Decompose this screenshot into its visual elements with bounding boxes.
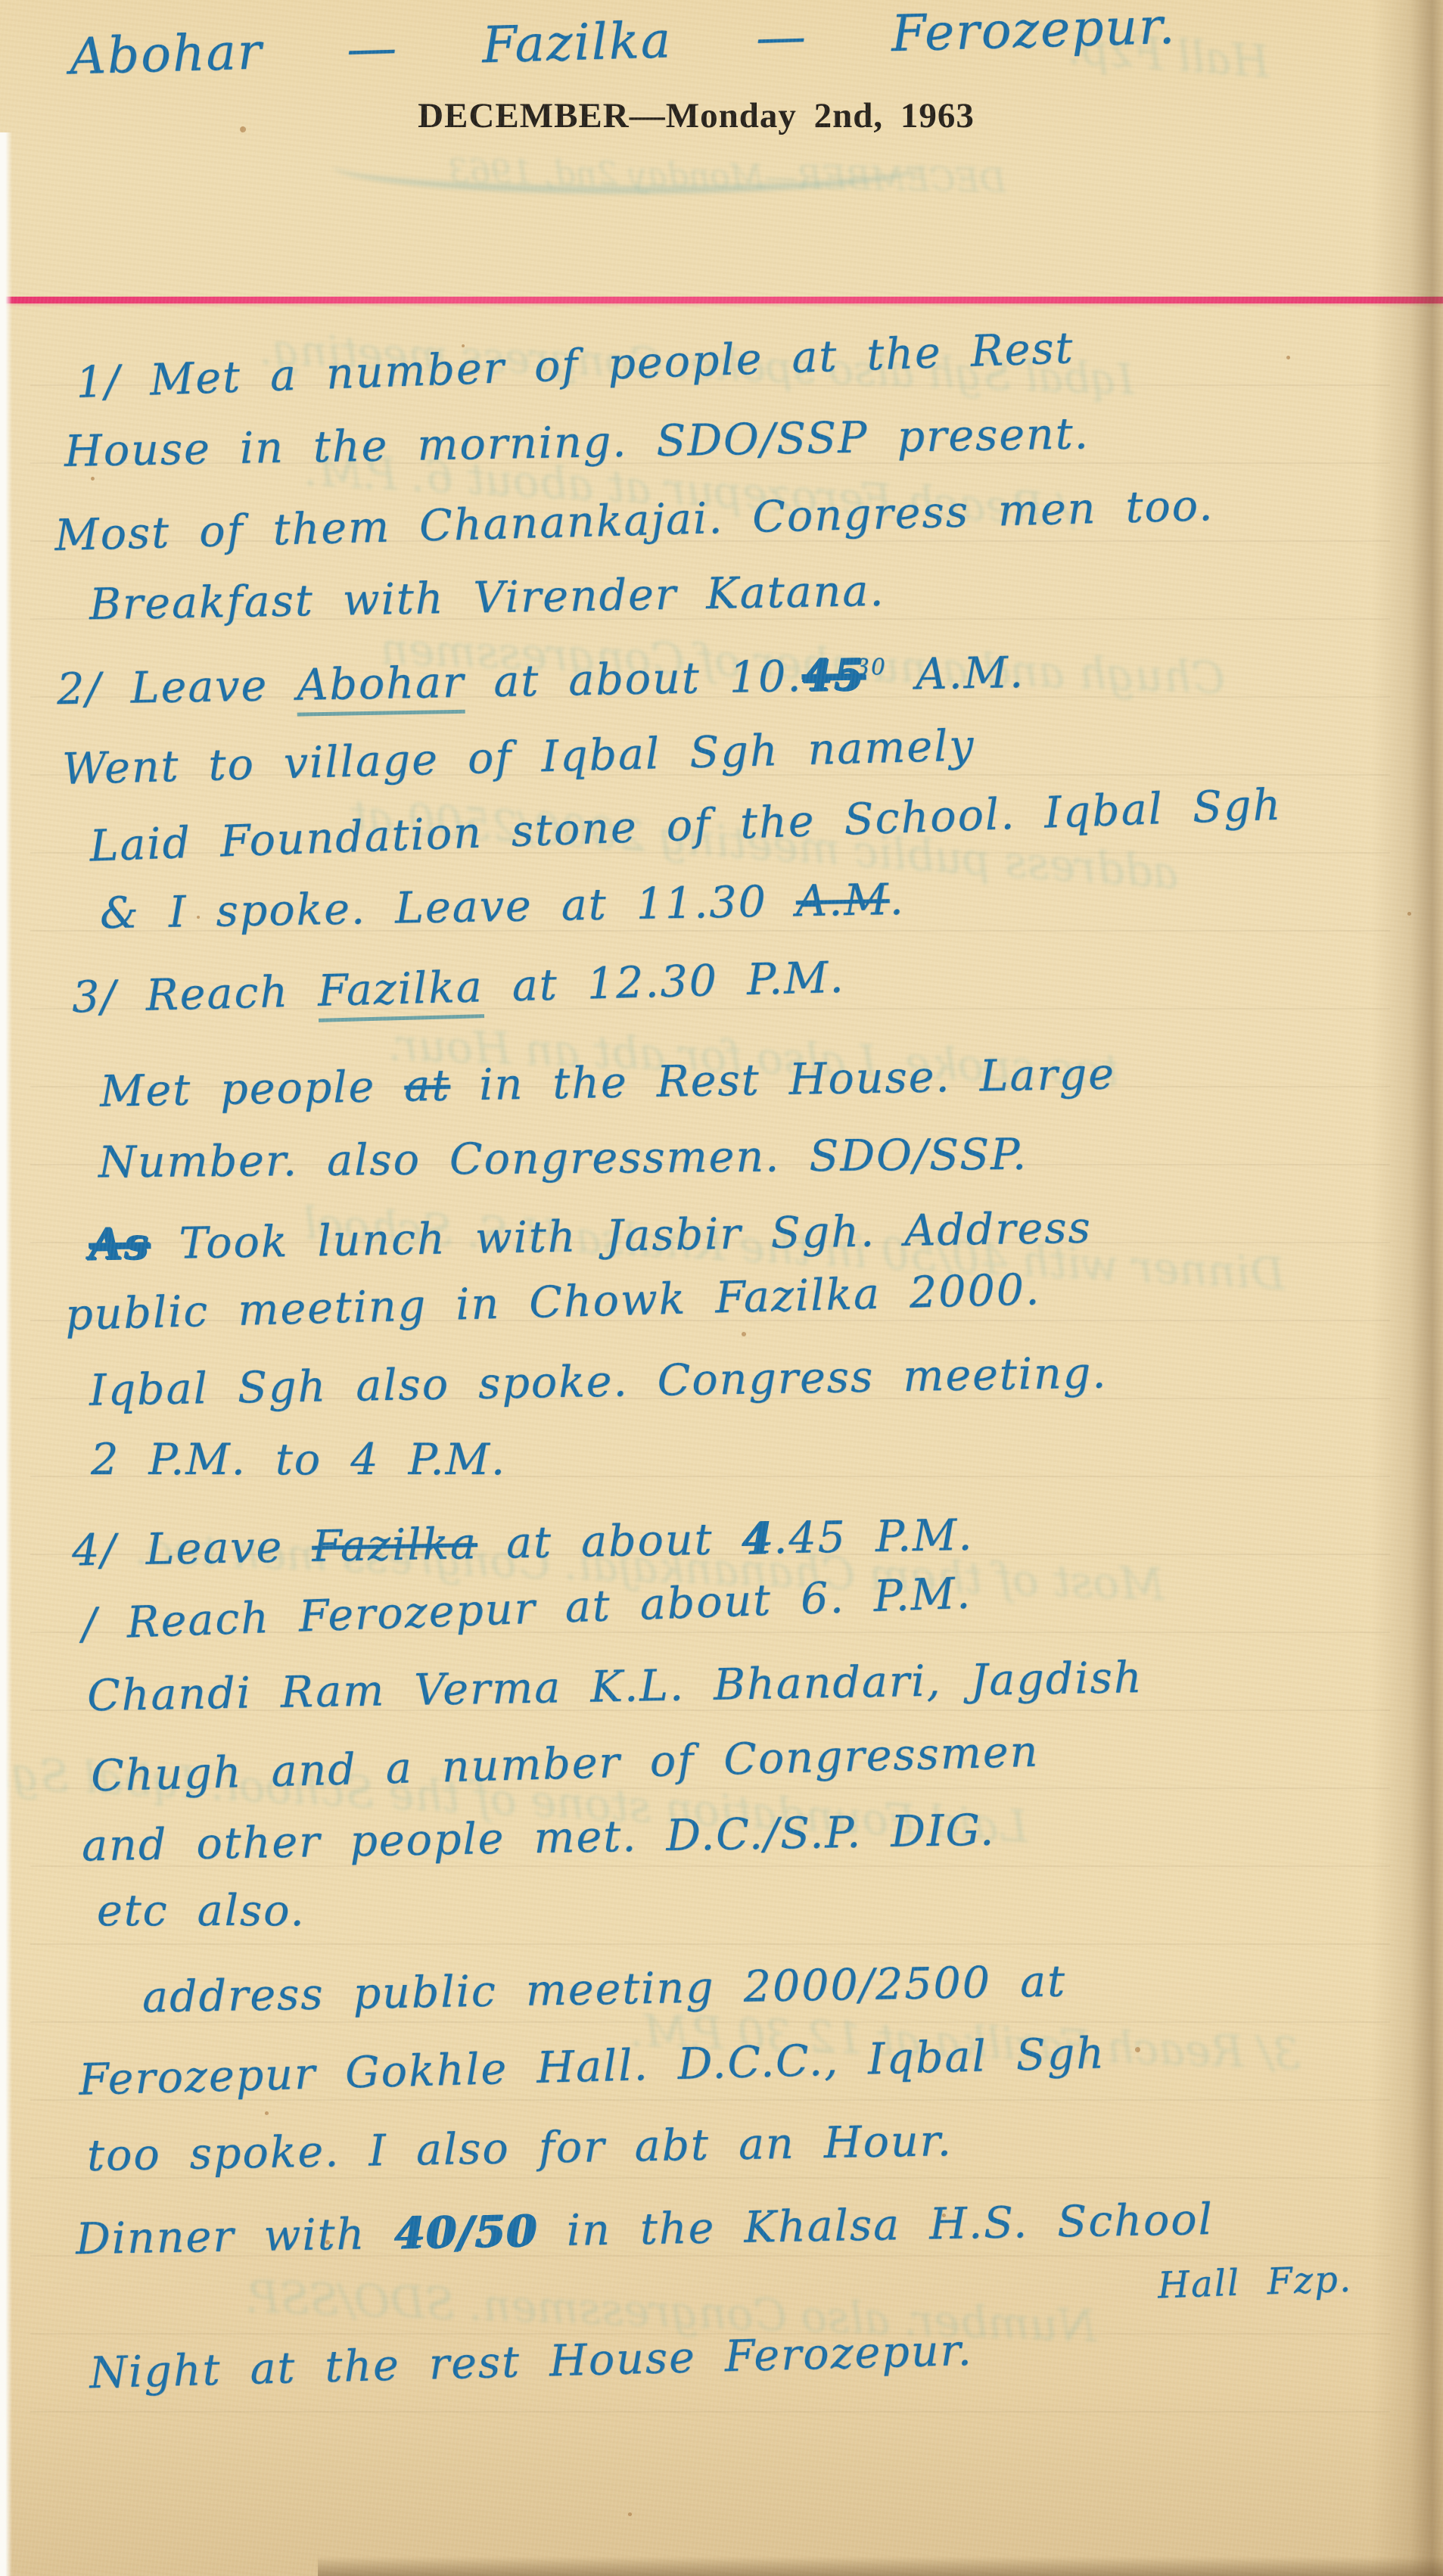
paper-speck <box>197 916 200 919</box>
paper-speck <box>325 2240 330 2245</box>
paper-speck <box>91 477 95 481</box>
paper-specks <box>0 0 1443 2576</box>
scan-bed-edge <box>0 132 12 2576</box>
paper-speck <box>628 2512 632 2516</box>
page-bottom-edge <box>318 2556 1443 2576</box>
paper-speck <box>240 126 246 132</box>
paper-speck <box>265 2111 269 2115</box>
paper-speck <box>742 1332 746 1336</box>
paper-speck <box>1135 2047 1140 2052</box>
paper-speck <box>462 344 465 347</box>
page-curl-shadow <box>1371 0 1443 2576</box>
paper-speck <box>1286 356 1290 359</box>
paper-speck <box>942 2214 946 2217</box>
diary-page: Hall Fzp.DECEMBER—Monday 2nd, 1963Iqbal … <box>0 0 1443 2576</box>
